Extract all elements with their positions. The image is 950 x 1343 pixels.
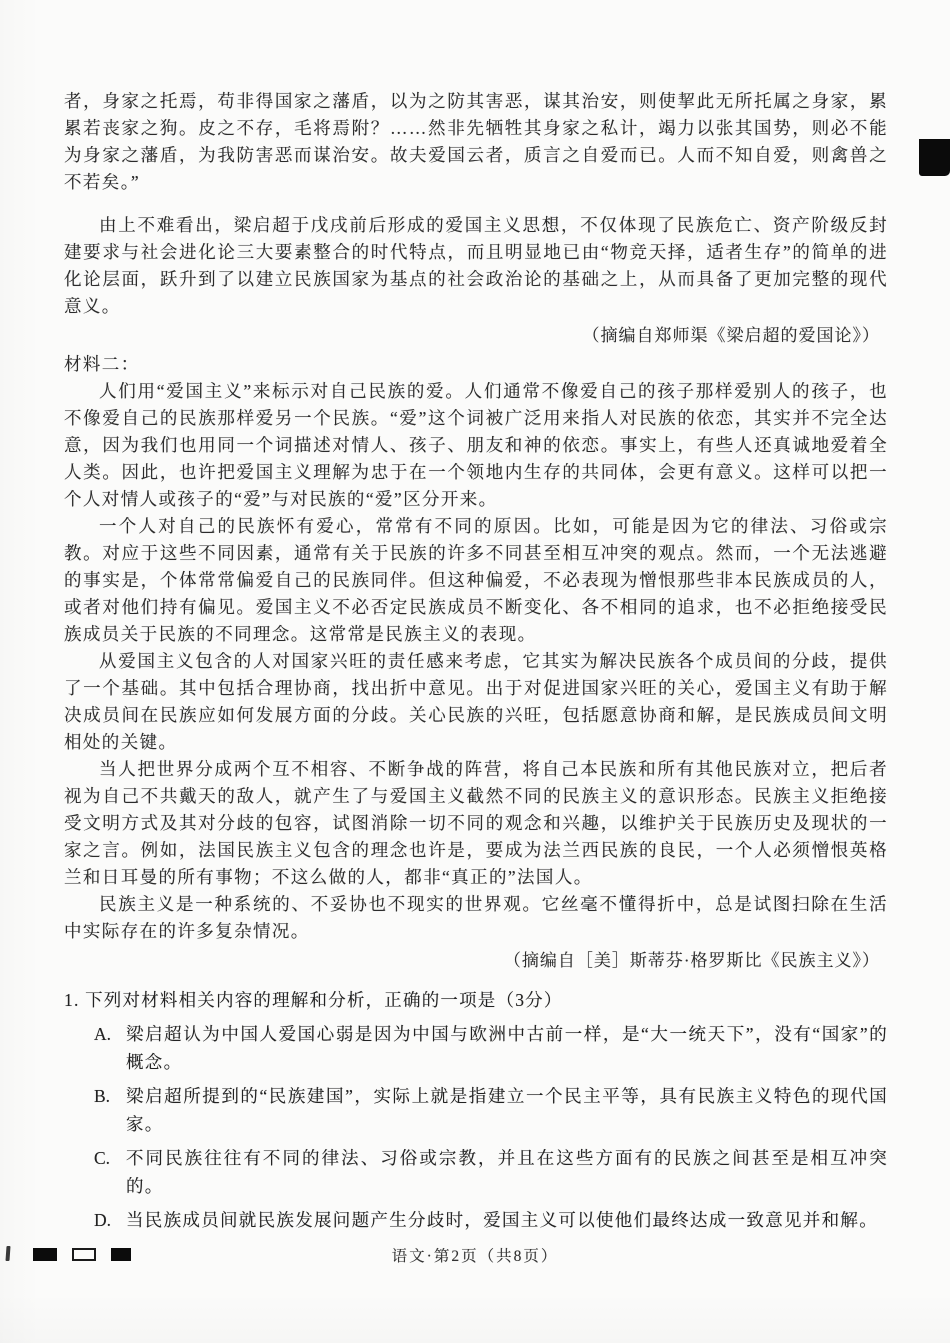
material2-citation: （摘编自［美］斯蒂芬·格罗斯比《民族主义》） (64, 947, 888, 974)
page-content: 者，身家之托焉，苟非得国家之藩盾，以为之防其害恶，谋其治安，则使挈此无所托属之身… (64, 88, 888, 1234)
question-1: 1. 下列对材料相关内容的理解和分析，正确的一项是（3分） A. 梁启超认为中国… (64, 986, 888, 1234)
material2-paragraph-3: 从爱国主义包含的人对国家兴旺的责任感来考虑，它其实为解决民族各个成员间的分歧，提… (64, 648, 888, 756)
question-1-option-a: A. 梁启超认为中国人爱国心弱是因为中国与欧洲中古前一样，是“大一统天下”，没有… (64, 1020, 888, 1076)
option-b-text: 梁启超所提到的“民族建国”，实际上就是指建立一个民主平等，具有民族主义特色的现代… (126, 1082, 888, 1138)
option-d-text: 当民族成员间就民族发展问题产生分歧时，爱国主义可以使他们最终达成一致意见并和解。 (126, 1206, 888, 1234)
option-a-label: A. (94, 1020, 126, 1048)
material2-heading: 材料二： (64, 351, 888, 378)
option-d-label: D. (94, 1206, 126, 1234)
material2-paragraph-2: 一个人对自己的民族怀有爱心，常常有不同的原因。比如，可能是因为它的律法、习俗或宗… (64, 513, 888, 648)
question-1-option-b: B. 梁启超所提到的“民族建国”，实际上就是指建立一个民主平等，具有民族主义特色… (64, 1082, 888, 1138)
question-1-option-d: D. 当民族成员间就民族发展问题产生分歧时，爱国主义可以使他们最终达成一致意见并… (64, 1206, 888, 1234)
page-footer: 语文·第2页（共8页） (0, 1242, 950, 1272)
material2-paragraph-1: 人们用“爱国主义”来标示对自己民族的爱。人们通常不像爱自己的孩子那样爱别人的孩子… (64, 378, 888, 513)
material1-citation: （摘编自郑师渠《梁启超的爱国论》） (64, 322, 888, 349)
exam-page: 者，身家之托焉，苟非得国家之藩盾，以为之防其害恶，谋其治安，则使挈此无所托属之身… (0, 0, 950, 1343)
material2-paragraph-4: 当人把世界分成两个互不相容、不断争战的阵营，将自己本民族和所有其他民族对立，把后… (64, 756, 888, 891)
material2-paragraph-5: 民族主义是一种系统的、不妥协也不现实的世界观。它丝毫不懂得折中，总是试图扫除在生… (64, 891, 888, 945)
option-a-text: 梁启超认为中国人爱国心弱是因为中国与欧洲中古前一样，是“大一统天下”，没有“国家… (126, 1020, 888, 1076)
binding-mark-icon (919, 139, 950, 176)
option-c-label: C. (94, 1144, 126, 1172)
question-1-stem: 1. 下列对材料相关内容的理解和分析，正确的一项是（3分） (64, 986, 888, 1014)
material1-quote-continuation: 者，身家之托焉，苟非得国家之藩盾，以为之防其害恶，谋其治安，则使挈此无所托属之身… (64, 88, 888, 196)
option-c-text: 不同民族往往有不同的律法、习俗或宗教，并且在这些方面有的民族之间甚至是相互冲突的… (126, 1144, 888, 1200)
option-b-label: B. (94, 1082, 126, 1110)
material1-summary-paragraph: 由上不难看出，梁启超于戊戌前后形成的爱国主义思想，不仅体现了民族危亡、资产阶级反… (64, 212, 888, 320)
page-number-label: 语文·第2页（共8页） (0, 1244, 950, 1266)
question-1-option-c: C. 不同民族往往有不同的律法、习俗或宗教，并且在这些方面有的民族之间甚至是相互… (64, 1144, 888, 1200)
